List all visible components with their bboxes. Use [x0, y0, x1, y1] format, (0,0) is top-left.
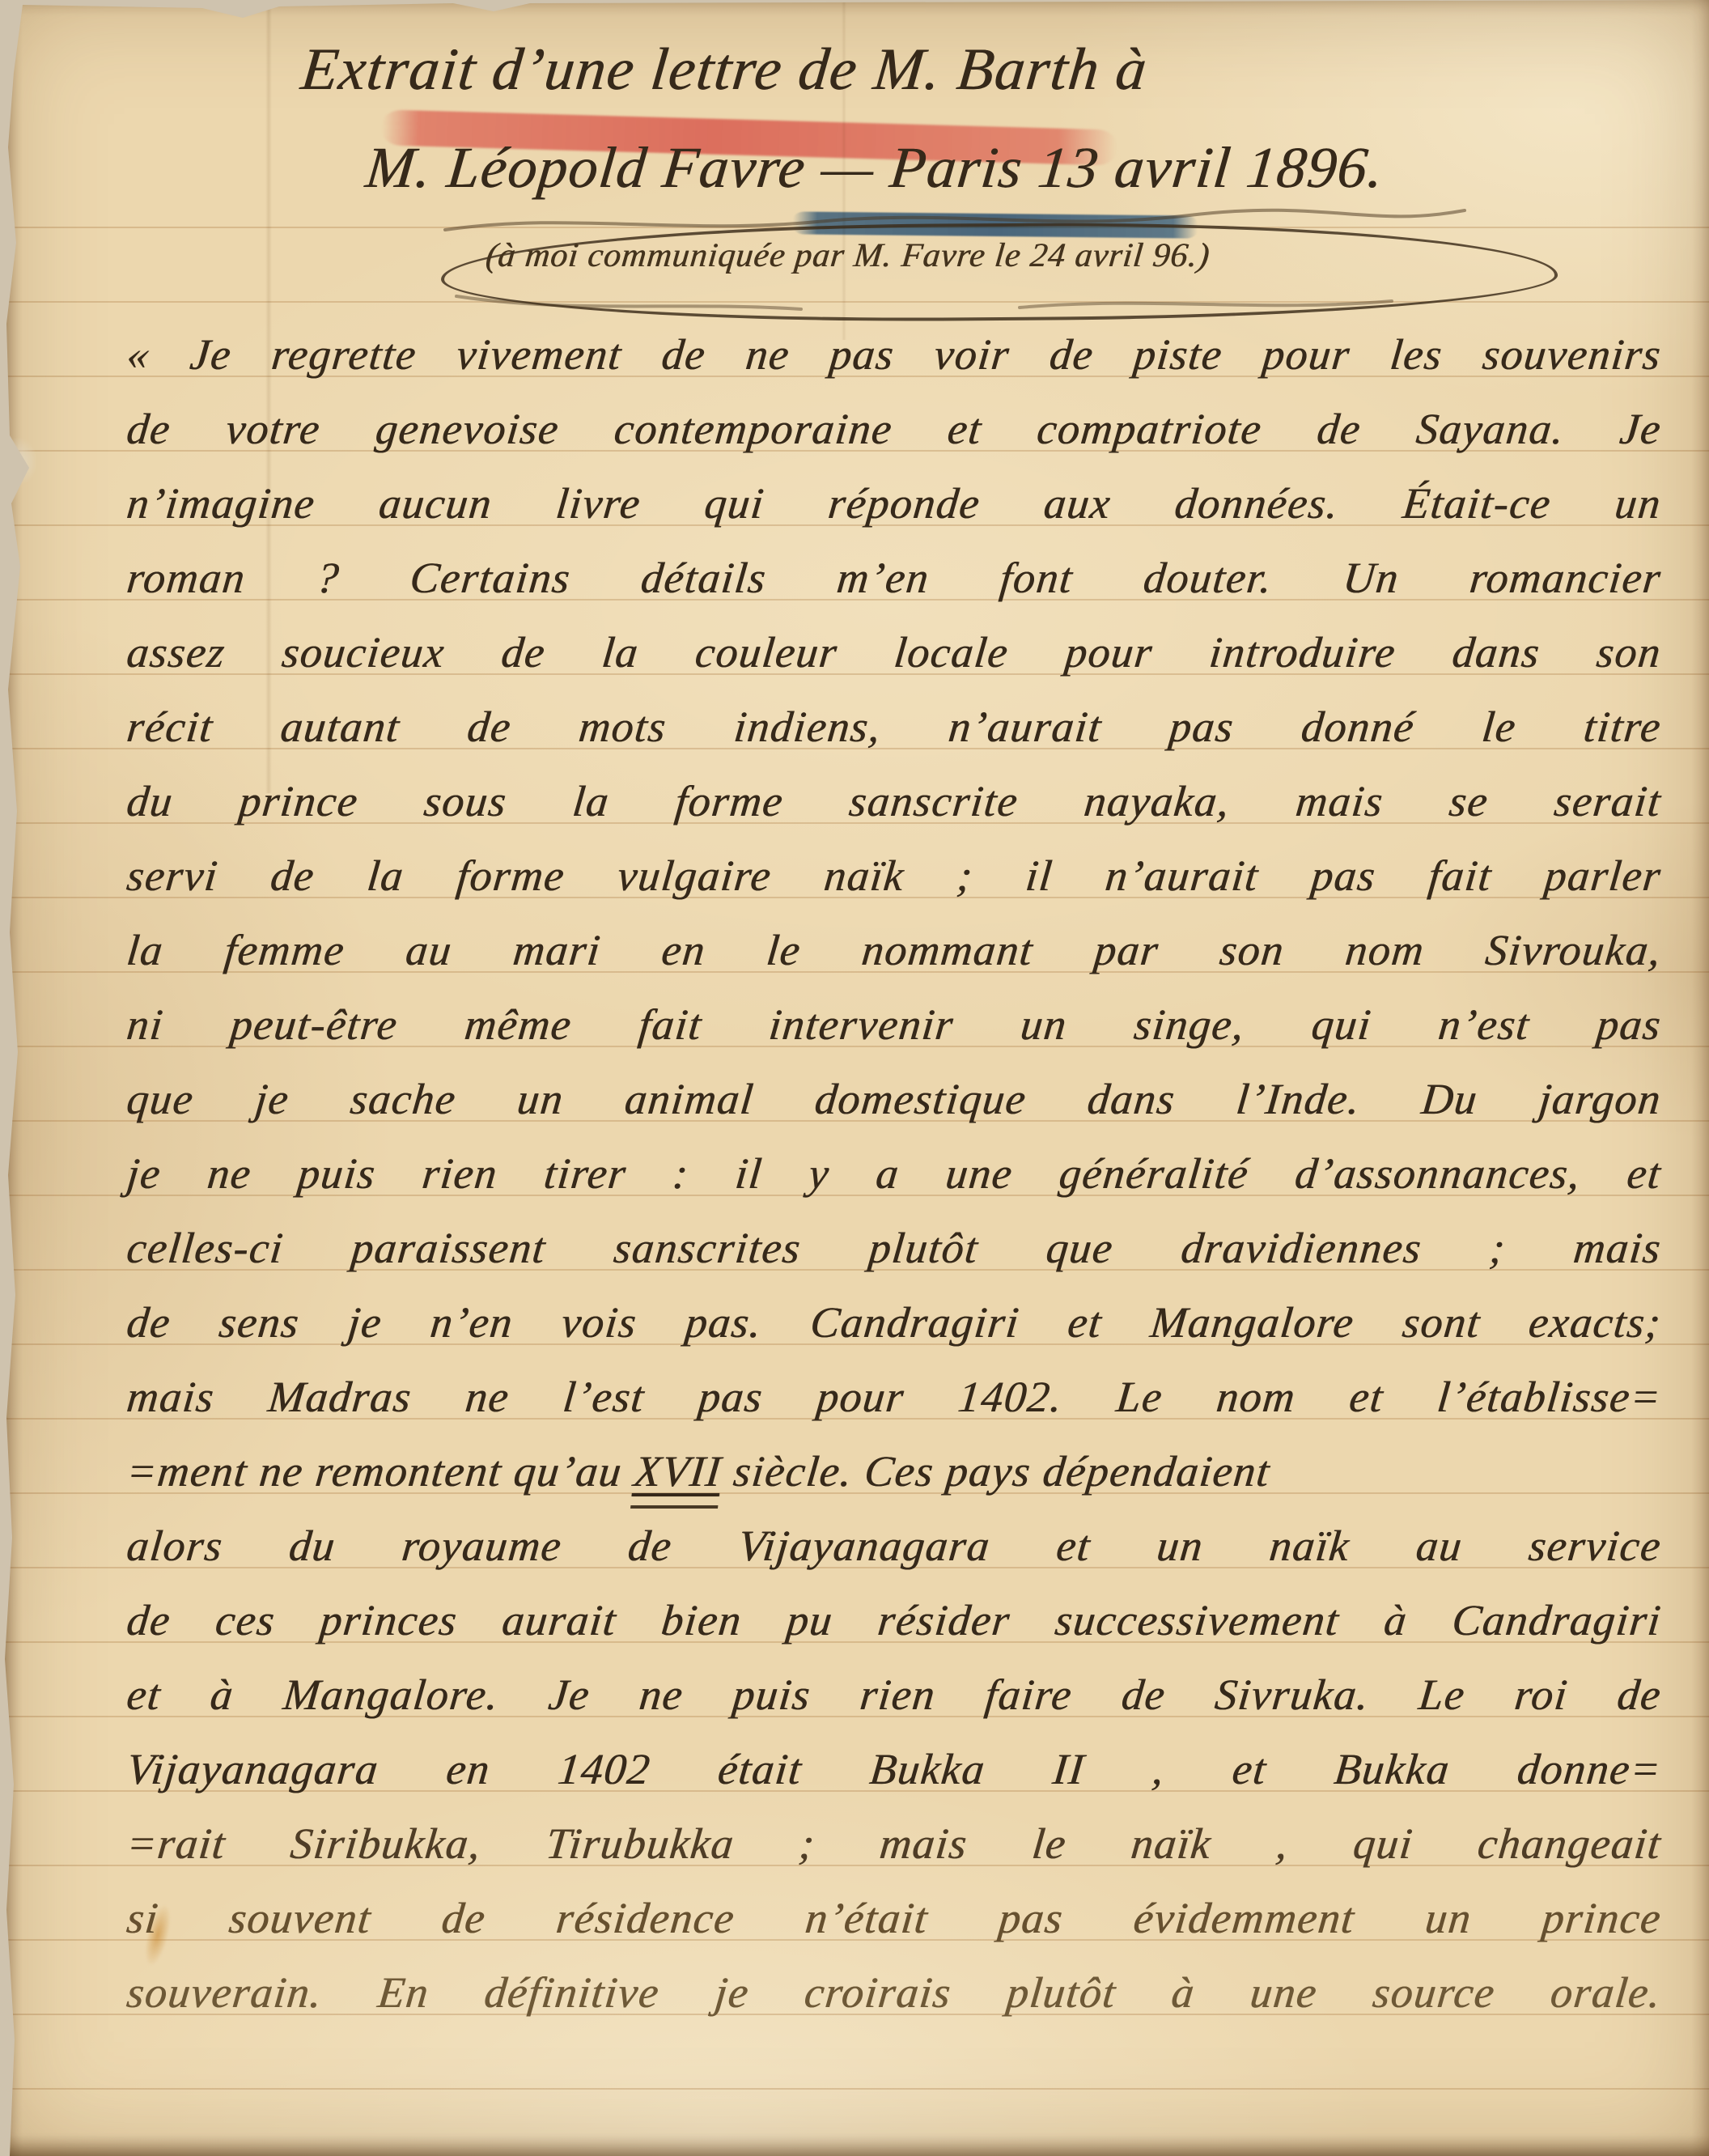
letter-page: Extrait d’une lettre de M. Barth à M. Lé… — [0, 0, 1709, 2156]
handwriting-line: alors du royaume de Vijayanagara et un n… — [123, 1509, 1665, 1583]
handwriting-line: la femme au mari en le nommant par son n… — [123, 913, 1665, 987]
handwriting-line-xvii: =ment ne remontent qu’au XVII siècle. Ce… — [123, 1434, 1665, 1509]
scanned-letter-canvas: Extrait d’une lettre de M. Barth à M. Lé… — [0, 0, 1709, 2156]
letter-body: « Je regrette vivement de ne pas voir de… — [123, 317, 1657, 2030]
handwriting-line: si souvent de résidence n’était pas évid… — [123, 1881, 1665, 1955]
handwriting-line: du prince sous la forme sanscrite nayaka… — [123, 764, 1665, 838]
handwriting-line: récit autant de mots indiens, n’aurait p… — [123, 690, 1665, 764]
line-segment: =ment ne remontent qu’au — [125, 1447, 637, 1496]
handwriting-line: de votre genevoise contemporaine et comp… — [123, 392, 1665, 466]
line-segment: siècle. Ces pays dépendaient — [719, 1447, 1272, 1496]
handwriting-line: mais Madras ne l’est pas pour 1402. Le n… — [123, 1360, 1665, 1434]
handwriting-line: je ne puis rien tirer : il y a une génér… — [123, 1136, 1665, 1211]
handwriting-line: celles-ci paraissent sanscrites plutôt q… — [123, 1211, 1665, 1285]
handwriting-line: de sens je n’en vois pas. Candragiri et … — [123, 1285, 1665, 1360]
handwriting-line: de ces princes aurait bien pu résider su… — [123, 1583, 1665, 1657]
handwriting-line: assez soucieux de la couleur locale pour… — [123, 615, 1665, 690]
header-line-1: Extrait d’une lettre de M. Barth à — [298, 36, 1151, 104]
handwriting-line: que je sache un animal domestique dans l… — [123, 1062, 1665, 1136]
xvii-double-underlined: XVII — [630, 1447, 724, 1509]
handwriting-line: roman ? Certains détails m’en font doute… — [123, 541, 1665, 615]
handwriting-line: « Je regrette vivement de ne pas voir de… — [123, 317, 1665, 392]
handwriting-line: n’imagine aucun livre qui réponde aux do… — [123, 466, 1665, 541]
header-line-2: M. Léopold Favre — Paris 13 avril 1896. — [363, 134, 1387, 202]
handwriting-line: =rait Siribukka, Tirubukka ; mais le naï… — [123, 1806, 1665, 1881]
annotation-text: (à moi communiquée par M. Favre le 24 av… — [484, 236, 1211, 275]
handwriting-line: Vijayanagara en 1402 était Bukka II , et… — [123, 1732, 1665, 1806]
handwriting-line: et à Mangalore. Je ne puis rien faire de… — [123, 1657, 1665, 1732]
handwriting-line: souverain. En définitive je croirais plu… — [123, 1955, 1665, 2030]
torn-edge-chip — [0, 437, 37, 486]
handwriting-line: servi de la forme vulgaire naïk ; il n’a… — [123, 838, 1665, 913]
handwriting-line: ni peut-être même fait intervenir un sin… — [123, 987, 1665, 1062]
